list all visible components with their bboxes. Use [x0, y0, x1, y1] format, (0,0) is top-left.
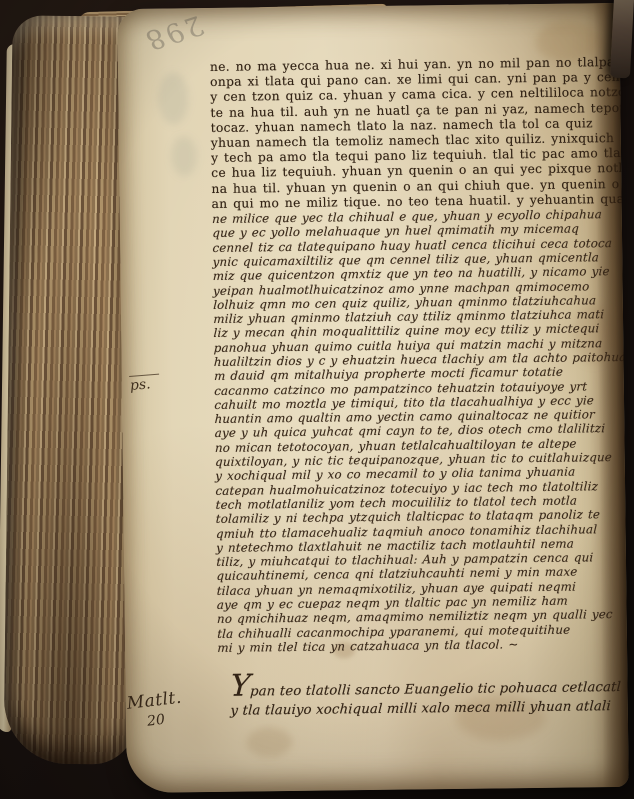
text-block-hand-a: ne. no ma yecca hua ne. xi hui yan. yn n… — [210, 55, 620, 212]
text-block-hand-b: ne milice que yec tla chihual e que, yhu… — [212, 207, 625, 655]
closing-paragraph: Ypan teo tlatolli sancto Euangelio tic p… — [229, 675, 628, 721]
margin-note-gospel-chapter: 20 — [146, 709, 185, 729]
manuscript-photo: 298 ne. no ma yecca hua ne. xi hui yan. … — [0, 0, 634, 799]
manuscript-page: 298 ne. no ma yecca hua ne. xi hui yan. … — [117, 3, 629, 793]
foxing-stain — [246, 727, 292, 758]
binding-strip — [610, 0, 634, 78]
faint-page-number: 298 — [128, 9, 208, 58]
manuscript-text-block: ne. no ma yecca hua ne. xi hui yan. yn n… — [210, 55, 625, 655]
ink-bleedthrough-smudge — [171, 136, 197, 176]
ink-bleedthrough-smudge — [158, 72, 189, 124]
margin-note-psalm: ps. — [129, 374, 160, 394]
manuscript-line: y tla tlauiyo xochiqual milli xalo meca … — [230, 697, 629, 721]
margin-note-gospel-reference: Matlt. 20 — [126, 688, 185, 732]
